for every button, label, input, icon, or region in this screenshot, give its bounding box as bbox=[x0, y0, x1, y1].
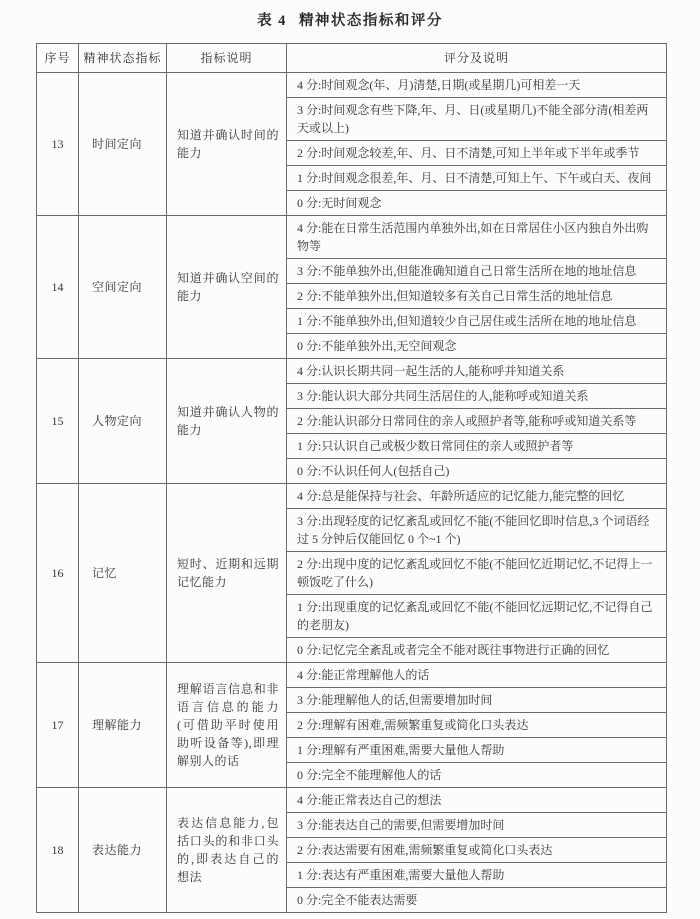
score-description-cell: 1 分:表达有严重困难,需要大量他人帮助 bbox=[287, 863, 667, 888]
score-description-cell: 1 分:理解有严重困难,需要大量他人帮助 bbox=[287, 738, 667, 763]
serial-number-cell: 15 bbox=[37, 359, 79, 484]
table-number: 表 4 bbox=[257, 13, 287, 29]
score-description-cell: 2 分:不能单独外出,但知道较多有关自己日常生活的地址信息 bbox=[287, 284, 667, 309]
col-header-mental-state-indicator: 精神状态指标 bbox=[79, 44, 167, 73]
score-description-cell: 3 分:时间观念有些下降,年、月、日(或星期几)不能全部分清(相差两天或以上) bbox=[287, 98, 667, 141]
score-description-cell: 0 分:完全不能表达需要 bbox=[287, 888, 667, 913]
score-description-cell: 0 分:完全不能理解他人的话 bbox=[287, 763, 667, 788]
serial-number-cell: 18 bbox=[37, 788, 79, 913]
score-description-cell: 0 分:无时间观念 bbox=[287, 191, 667, 216]
mental-state-indicator-cell: 记忆 bbox=[79, 484, 167, 663]
indicator-description-cell: 理解语言信息和非语言信息的能力(可借助平时使用助听设备等),即理解别人的话 bbox=[167, 663, 287, 788]
score-description-cell: 2 分:能认识部分日常同住的亲人或照护者等,能称呼或知道关系等 bbox=[287, 409, 667, 434]
table-body: 13时间定向知道并确认时间的能力4 分:时间观念(年、月)清楚,日期(或星期几)… bbox=[37, 73, 667, 913]
score-description-cell: 1 分:时间观念很差,年、月、日不清楚,可知上午、下午或白天、夜间 bbox=[287, 166, 667, 191]
score-description-cell: 3 分:能理解他人的话,但需要增加时间 bbox=[287, 688, 667, 713]
score-description-cell: 2 分:理解有困难,需频繁重复或简化口头表达 bbox=[287, 713, 667, 738]
mental-state-indicator-cell: 理解能力 bbox=[79, 663, 167, 788]
serial-number-cell: 17 bbox=[37, 663, 79, 788]
mental-state-indicator-cell: 时间定向 bbox=[79, 73, 167, 216]
score-description-cell: 4 分:时间观念(年、月)清楚,日期(或星期几)可相差一天 bbox=[287, 73, 667, 98]
score-description-cell: 4 分:总是能保持与社会、年龄所适应的记忆能力,能完整的回忆 bbox=[287, 484, 667, 509]
score-description-cell: 4 分:能正常表达自己的想法 bbox=[287, 788, 667, 813]
score-description-cell: 0 分:记忆完全紊乱或者完全不能对既往事物进行正确的回忆 bbox=[287, 638, 667, 663]
score-description-cell: 3 分:出现轻度的记忆紊乱或回忆不能(不能回忆即时信息,3 个词语经过 5 分钟… bbox=[287, 509, 667, 552]
score-description-cell: 4 分:能在日常生活范围内单独外出,如在日常居住小区内独自外出购物等 bbox=[287, 216, 667, 259]
score-description-cell: 4 分:能正常理解他人的话 bbox=[287, 663, 667, 688]
indicator-15-score-row-0: 15人物定向知道并确认人物的能力4 分:认识长期共同一起生活的人,能称呼并知道关… bbox=[37, 359, 667, 384]
indicator-17-score-row-0: 17理解能力理解语言信息和非语言信息的能力(可借助平时使用助听设备等),即理解别… bbox=[37, 663, 667, 688]
indicator-description-cell: 短时、近期和远期记忆能力 bbox=[167, 484, 287, 663]
col-header-score-and-description: 评分及说明 bbox=[287, 44, 667, 73]
score-description-cell: 1 分:不能单独外出,但知道较少自己居住或生活所在地的地址信息 bbox=[287, 309, 667, 334]
indicator-13-score-row-0: 13时间定向知道并确认时间的能力4 分:时间观念(年、月)清楚,日期(或星期几)… bbox=[37, 73, 667, 98]
serial-number-cell: 13 bbox=[37, 73, 79, 216]
col-header-serial-number: 序号 bbox=[37, 44, 79, 73]
score-description-cell: 1 分:出现重度的记忆紊乱或回忆不能(不能回忆远期记忆,不记得自己的老朋友) bbox=[287, 595, 667, 638]
indicator-description-cell: 知道并确认时间的能力 bbox=[167, 73, 287, 216]
table-title: 表 4精神状态指标和评分 bbox=[0, 0, 700, 30]
mental-state-indicator-cell: 空间定向 bbox=[79, 216, 167, 359]
header-row: 序号 精神状态指标 指标说明 评分及说明 bbox=[37, 44, 667, 73]
mental-state-indicator-cell: 人物定向 bbox=[79, 359, 167, 484]
indicator-description-cell: 知道并确认空间的能力 bbox=[167, 216, 287, 359]
indicator-18-score-row-0: 18表达能力表达信息能力,包括口头的和非口头的,即表达自己的想法4 分:能正常表… bbox=[37, 788, 667, 813]
indicator-14-score-row-0: 14空间定向知道并确认空间的能力4 分:能在日常生活范围内单独外出,如在日常居住… bbox=[37, 216, 667, 259]
score-description-cell: 1 分:只认识自己或极少数日常同住的亲人或照护者等 bbox=[287, 434, 667, 459]
mental-state-indicator-cell: 表达能力 bbox=[79, 788, 167, 913]
score-description-cell: 2 分:出现中度的记忆紊乱或回忆不能(不能回忆近期记忆,不记得上一顿饭吃了什么) bbox=[287, 552, 667, 595]
indicator-description-cell: 知道并确认人物的能力 bbox=[167, 359, 287, 484]
score-description-cell: 4 分:认识长期共同一起生活的人,能称呼并知道关系 bbox=[287, 359, 667, 384]
mental-state-score-table: 序号 精神状态指标 指标说明 评分及说明 13时间定向知道并确认时间的能力4 分… bbox=[36, 43, 667, 913]
score-description-cell: 0 分:不能单独外出,无空间观念 bbox=[287, 334, 667, 359]
indicator-16-score-row-0: 16记忆短时、近期和远期记忆能力4 分:总是能保持与社会、年龄所适应的记忆能力,… bbox=[37, 484, 667, 509]
col-header-indicator-description: 指标说明 bbox=[167, 44, 287, 73]
score-description-cell: 3 分:能表达自己的需要,但需要增加时间 bbox=[287, 813, 667, 838]
score-description-cell: 2 分:时间观念较差,年、月、日不清楚,可知上半年或下半年或季节 bbox=[287, 141, 667, 166]
indicator-description-cell: 表达信息能力,包括口头的和非口头的,即表达自己的想法 bbox=[167, 788, 287, 913]
score-description-cell: 0 分:不认识任何人(包括自己) bbox=[287, 459, 667, 484]
table-name: 精神状态指标和评分 bbox=[299, 13, 443, 29]
serial-number-cell: 16 bbox=[37, 484, 79, 663]
score-description-cell: 3 分:能认识大部分共同生活居住的人,能称呼或知道关系 bbox=[287, 384, 667, 409]
score-description-cell: 2 分:表达需要有困难,需频繁重复或简化口头表达 bbox=[287, 838, 667, 863]
serial-number-cell: 14 bbox=[37, 216, 79, 359]
score-description-cell: 3 分:不能单独外出,但能准确知道自己日常生活所在地的地址信息 bbox=[287, 259, 667, 284]
